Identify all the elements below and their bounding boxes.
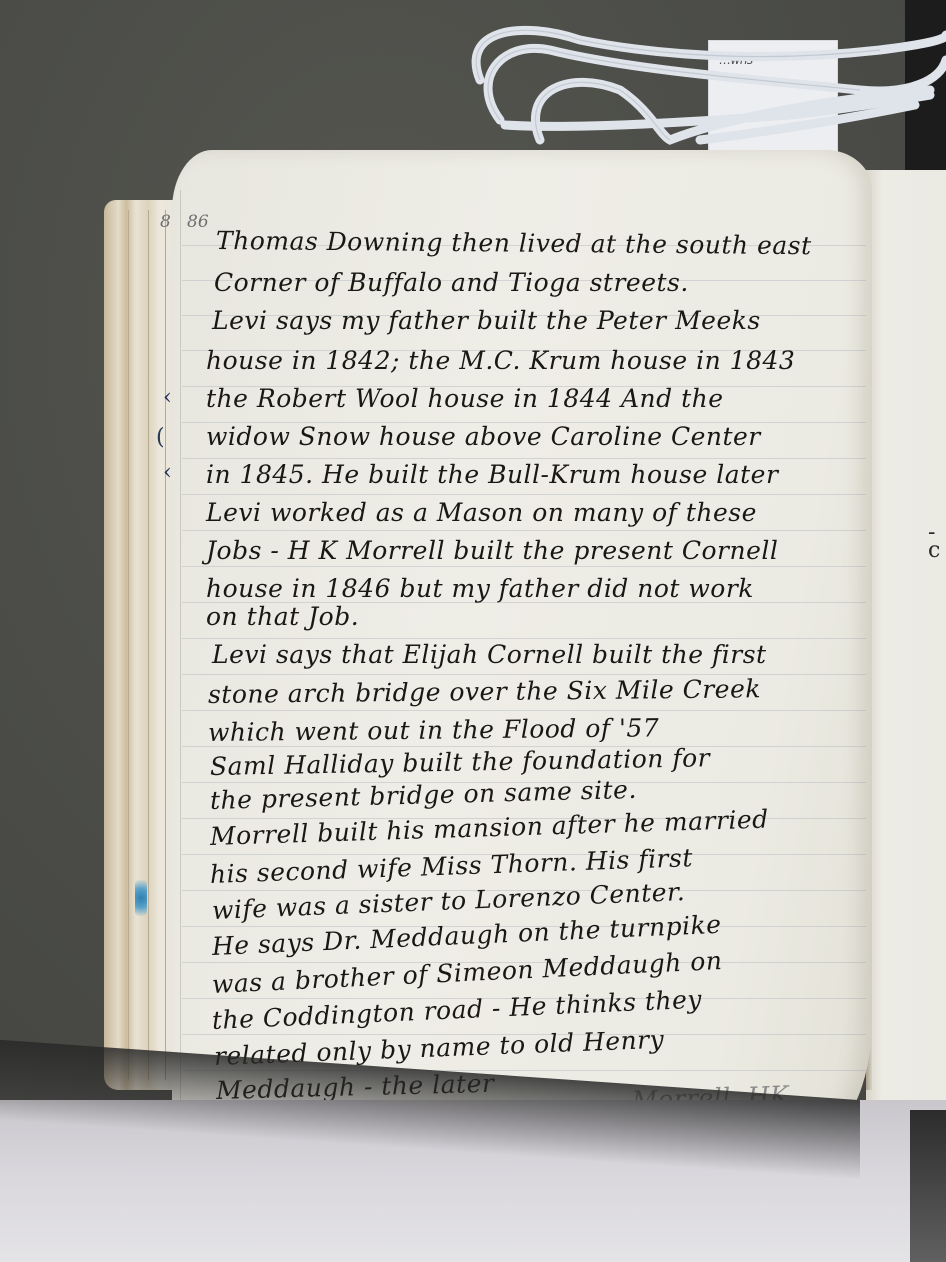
- ink-smudge: [135, 880, 147, 916]
- handwritten-line: Levi says my father built the Peter Meek…: [212, 306, 761, 335]
- handwritten-line: Corner of Buffalo and Tioga streets.: [214, 268, 689, 297]
- handwritten-line: in 1845. He built the Bull-Krum house la…: [206, 460, 778, 489]
- handwritten-line: widow Snow house above Caroline Center: [206, 422, 761, 451]
- handwritten-line: Levi says that Elijah Cornell built the …: [212, 640, 767, 669]
- handwritten-line: house in 1846 but my father did not work: [206, 574, 754, 603]
- facing-page-mark: c: [928, 538, 940, 563]
- handwritten-line: Jobs - H K Morrell built the present Cor…: [206, 536, 778, 565]
- right-edge-object: [910, 1110, 946, 1262]
- ruled-line: [182, 710, 866, 711]
- handwritten-line: Thomas Downing then lived at the south e…: [216, 226, 812, 260]
- ruled-line: [182, 530, 866, 531]
- handwritten-line: on that Job.: [206, 602, 359, 631]
- ruled-line: [182, 566, 866, 567]
- page-edge-line: [128, 210, 129, 1080]
- margin-mark: ‹: [163, 385, 172, 410]
- handwritten-line: the Robert Wool house in 1844 And the: [206, 384, 724, 413]
- ruled-line: [182, 674, 866, 675]
- margin-mark: ‹: [163, 460, 172, 485]
- page-edge-line: [148, 210, 149, 1080]
- page-margin-line: [180, 190, 181, 1120]
- facing-page: [866, 170, 946, 1120]
- handwritten-line: stone arch bridge over the Six Mile Cree…: [208, 674, 761, 709]
- handwritten-line: Levi worked as a Mason on many of these: [206, 498, 757, 527]
- handwritten-line: house in 1842; the M.C. Krum house in 18…: [206, 346, 795, 375]
- ruled-line: [182, 638, 866, 639]
- page-number: 86: [187, 212, 209, 232]
- ruled-line: [182, 458, 866, 459]
- margin-mark: (: [156, 425, 165, 450]
- handwritten-line: which went out in the Flood of '57: [208, 713, 660, 747]
- cord-string-icon: [460, 20, 946, 170]
- ruled-line: [182, 494, 866, 495]
- page-edge-line: [165, 210, 166, 1080]
